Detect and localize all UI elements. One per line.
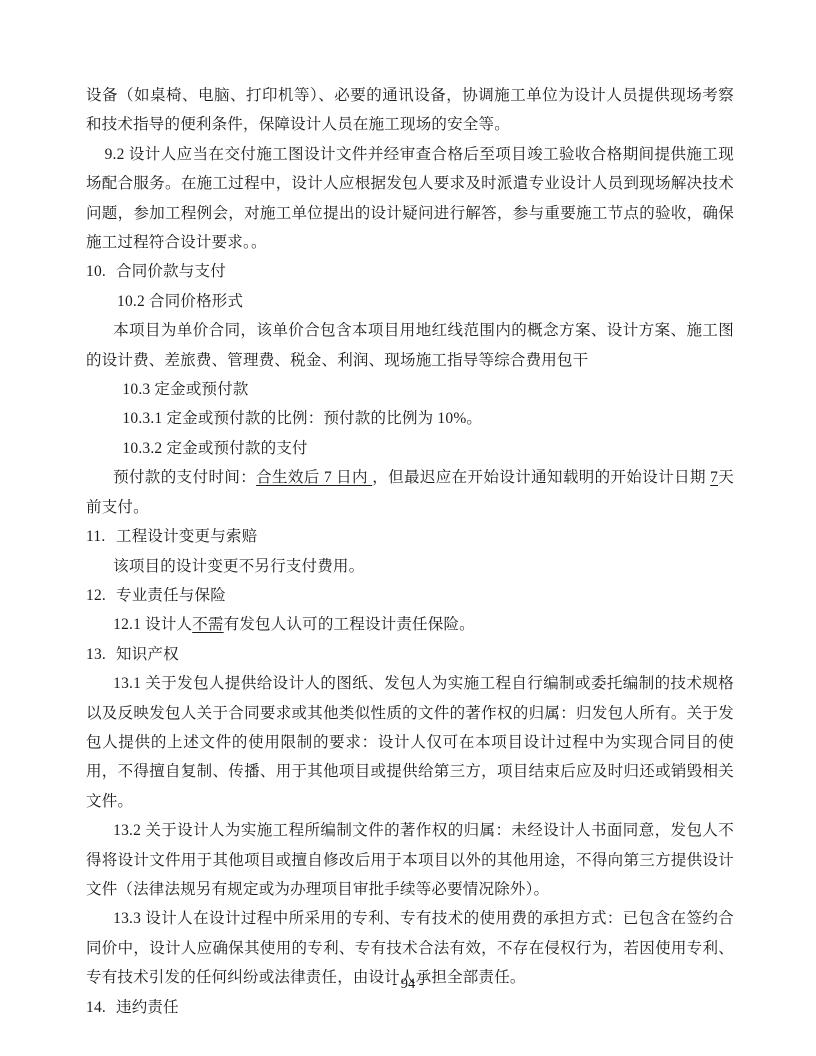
subheading-10-3-2: 10.3.2 定金或预付款的支付	[86, 434, 734, 463]
payment-time-text-mid: ，但最迟应在开始设计通知载明的开始设计日期	[372, 469, 710, 486]
section-number-11: 11.	[86, 522, 116, 551]
paragraph-11-body: 该项目的设计变更不另行支付费用。	[86, 552, 734, 581]
document-page: 设备（如桌椅、电脑、打印机等）、必要的通讯设备，协调施工单位为设计人员提供现场考…	[0, 0, 816, 1056]
section-number-13: 13.	[86, 640, 116, 669]
section-title-11: 工程设计变更与索赔	[116, 528, 257, 545]
section-title-14: 违约责任	[116, 999, 179, 1016]
insurance-underlined-value: 不需	[192, 616, 223, 633]
paragraph-12-1: 12.1 设计人不需有发包人认可的工程设计责任保险。	[86, 610, 734, 639]
document-body: 设备（如桌椅、电脑、打印机等）、必要的通讯设备，协调施工单位为设计人员提供现场考…	[86, 81, 734, 1022]
paragraph-10-2-body: 本项目为单价合同，该单价合包含本项目用地红线范围内的概念方案、设计方案、施工图的…	[86, 316, 734, 375]
payment-time-underlined-value: 合生效后 7 日内	[256, 469, 372, 486]
section-title-12: 专业责任与保险	[116, 587, 226, 604]
section-heading-14: 14.违约责任	[86, 993, 734, 1022]
payment-time-text: 预付款的支付时间：	[113, 469, 256, 486]
section-heading-11: 11.工程设计变更与索赔	[86, 522, 734, 551]
section-number-10: 10.	[86, 257, 116, 286]
section-heading-12: 12.专业责任与保险	[86, 581, 734, 610]
paragraph-13-1: 13.1 关于发包人提供给设计人的图纸、发包人为实施工程自行编制或委托编制的技术…	[86, 669, 734, 816]
subheading-10-3: 10.3 定金或预付款	[86, 375, 734, 404]
paragraph-9-1-continuation: 设备（如桌椅、电脑、打印机等）、必要的通讯设备，协调施工单位为设计人员提供现场考…	[86, 81, 734, 140]
payment-days-underlined-value: 7	[710, 469, 718, 486]
section-heading-10: 10.合同价款与支付	[86, 257, 734, 286]
section-heading-13: 13.知识产权	[86, 640, 734, 669]
section-number-12: 12.	[86, 581, 116, 610]
paragraph-10-3-1: 10.3.1 定金或预付款的比例：预付款的比例为 10%。	[86, 404, 734, 433]
footer-page-number: - 94 -	[0, 976, 816, 993]
insurance-text-end: 有发包人认可的工程设计责任保险。	[224, 616, 475, 633]
section-number-14: 14.	[86, 993, 116, 1022]
section-title-13: 知识产权	[116, 646, 179, 663]
paragraph-9-2: 9.2 设计人应当在交付施工图设计文件并经审查合格后至项目竣工验收合格期间提供施…	[86, 140, 734, 258]
paragraph-13-2: 13.2 关于设计人为实施工程所编制文件的著作权的归属：未经设计人书面同意，发包…	[86, 816, 734, 904]
insurance-text-start: 12.1 设计人	[113, 616, 192, 633]
section-title-10: 合同价款与支付	[116, 263, 226, 280]
paragraph-10-3-2-payment-time: 预付款的支付时间：合生效后 7 日内 ，但最迟应在开始设计通知载明的开始设计日期…	[86, 463, 734, 522]
subheading-10-2: 10.2 合同价格形式	[86, 287, 734, 316]
